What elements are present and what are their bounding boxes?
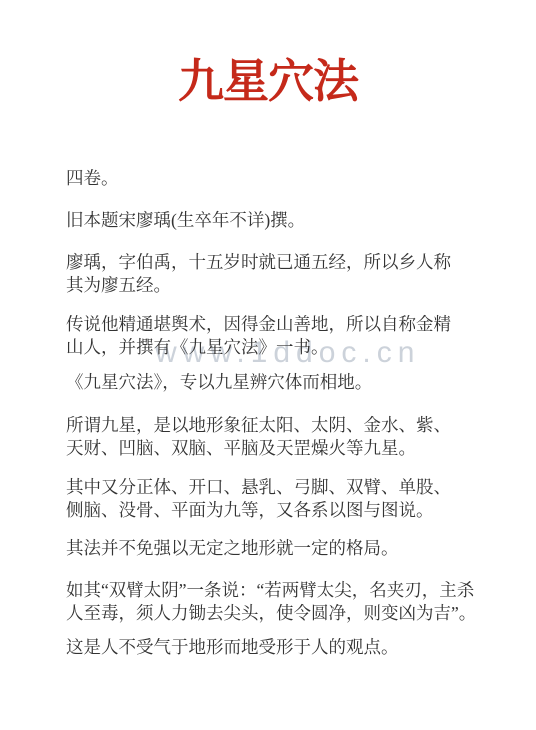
text-line: 山人，并撰有《九星穴法》一书。 [66, 336, 496, 359]
document-page: 九星穴法 www.1ddoc.cn 四卷。 旧本题宋廖瑀(生卒年不详)撰。 廖瑀… [0, 0, 536, 730]
paragraph-volume: 四卷。 [66, 167, 496, 190]
doc-title: 九星穴法 [0, 56, 536, 109]
text-line: 侧脑、没骨、平面为九等，又各系以图与图说。 [66, 499, 496, 522]
text-line: 其中又分正体、开口、悬乳、弓脚、双臂、单股、 [66, 476, 496, 499]
text-line: 如其“双臂太阴”一条说：“若两臂太尖，名夹刃，主杀 [66, 579, 496, 602]
text-line: 这是人不受气于地形而地受形于人的观点。 [66, 636, 496, 659]
text-line: 廖瑀，字伯禹，十五岁时就已通五经，所以乡人称 [66, 251, 496, 274]
paragraph-nine-stars: 所谓九星，是以地形象征太阳、太阴、金水、紫、 天财、凹脑、双脑、平脑及天罡燥火等… [66, 414, 496, 460]
text-line: 旧本题宋廖瑀(生卒年不详)撰。 [66, 209, 496, 232]
text-line: 所谓九星，是以地形象征太阳、太阴、金水、紫、 [66, 414, 496, 437]
paragraph-liaoyu-bio: 廖瑀，字伯禹，十五岁时就已通五经，所以乡人称 其为廖五经。 [66, 251, 496, 297]
paragraph-conclusion: 这是人不受气于地形而地受形于人的观点。 [66, 636, 496, 659]
text-line: 其法并不免强以无定之地形就一定的格局。 [66, 537, 496, 560]
paragraph-nine-classes: 其中又分正体、开口、悬乳、弓脚、双臂、单股、 侧脑、没骨、平面为九等，又各系以图… [66, 476, 496, 522]
text-line: 四卷。 [66, 167, 496, 190]
paragraph-author: 旧本题宋廖瑀(生卒年不详)撰。 [66, 209, 496, 232]
paragraph-quote: 如其“双臂太阴”一条说：“若两臂太尖，名夹刃，主杀 人至毒，须人力锄去尖头，使令… [66, 579, 496, 625]
text-line: 人至毒，须人力锄去尖头，使令圆净，则变凶为吉”。 [66, 602, 496, 625]
text-line: 传说他精通堪舆术，因得金山善地，所以自称金精 [66, 313, 496, 336]
paragraph-legend: 传说他精通堪舆术，因得金山善地，所以自称金精 山人，并撰有《九星穴法》一书。 [66, 313, 496, 359]
text-line: 天财、凹脑、双脑、平脑及天罡燥火等九星。 [66, 437, 496, 460]
paragraph-book-purpose: 《九星穴法》，专以九星辨穴体而相地。 [66, 371, 496, 394]
text-line: 《九星穴法》，专以九星辨穴体而相地。 [66, 371, 496, 394]
paragraph-critique: 其法并不免强以无定之地形就一定的格局。 [66, 537, 496, 560]
text-line: 其为廖五经。 [66, 274, 496, 297]
